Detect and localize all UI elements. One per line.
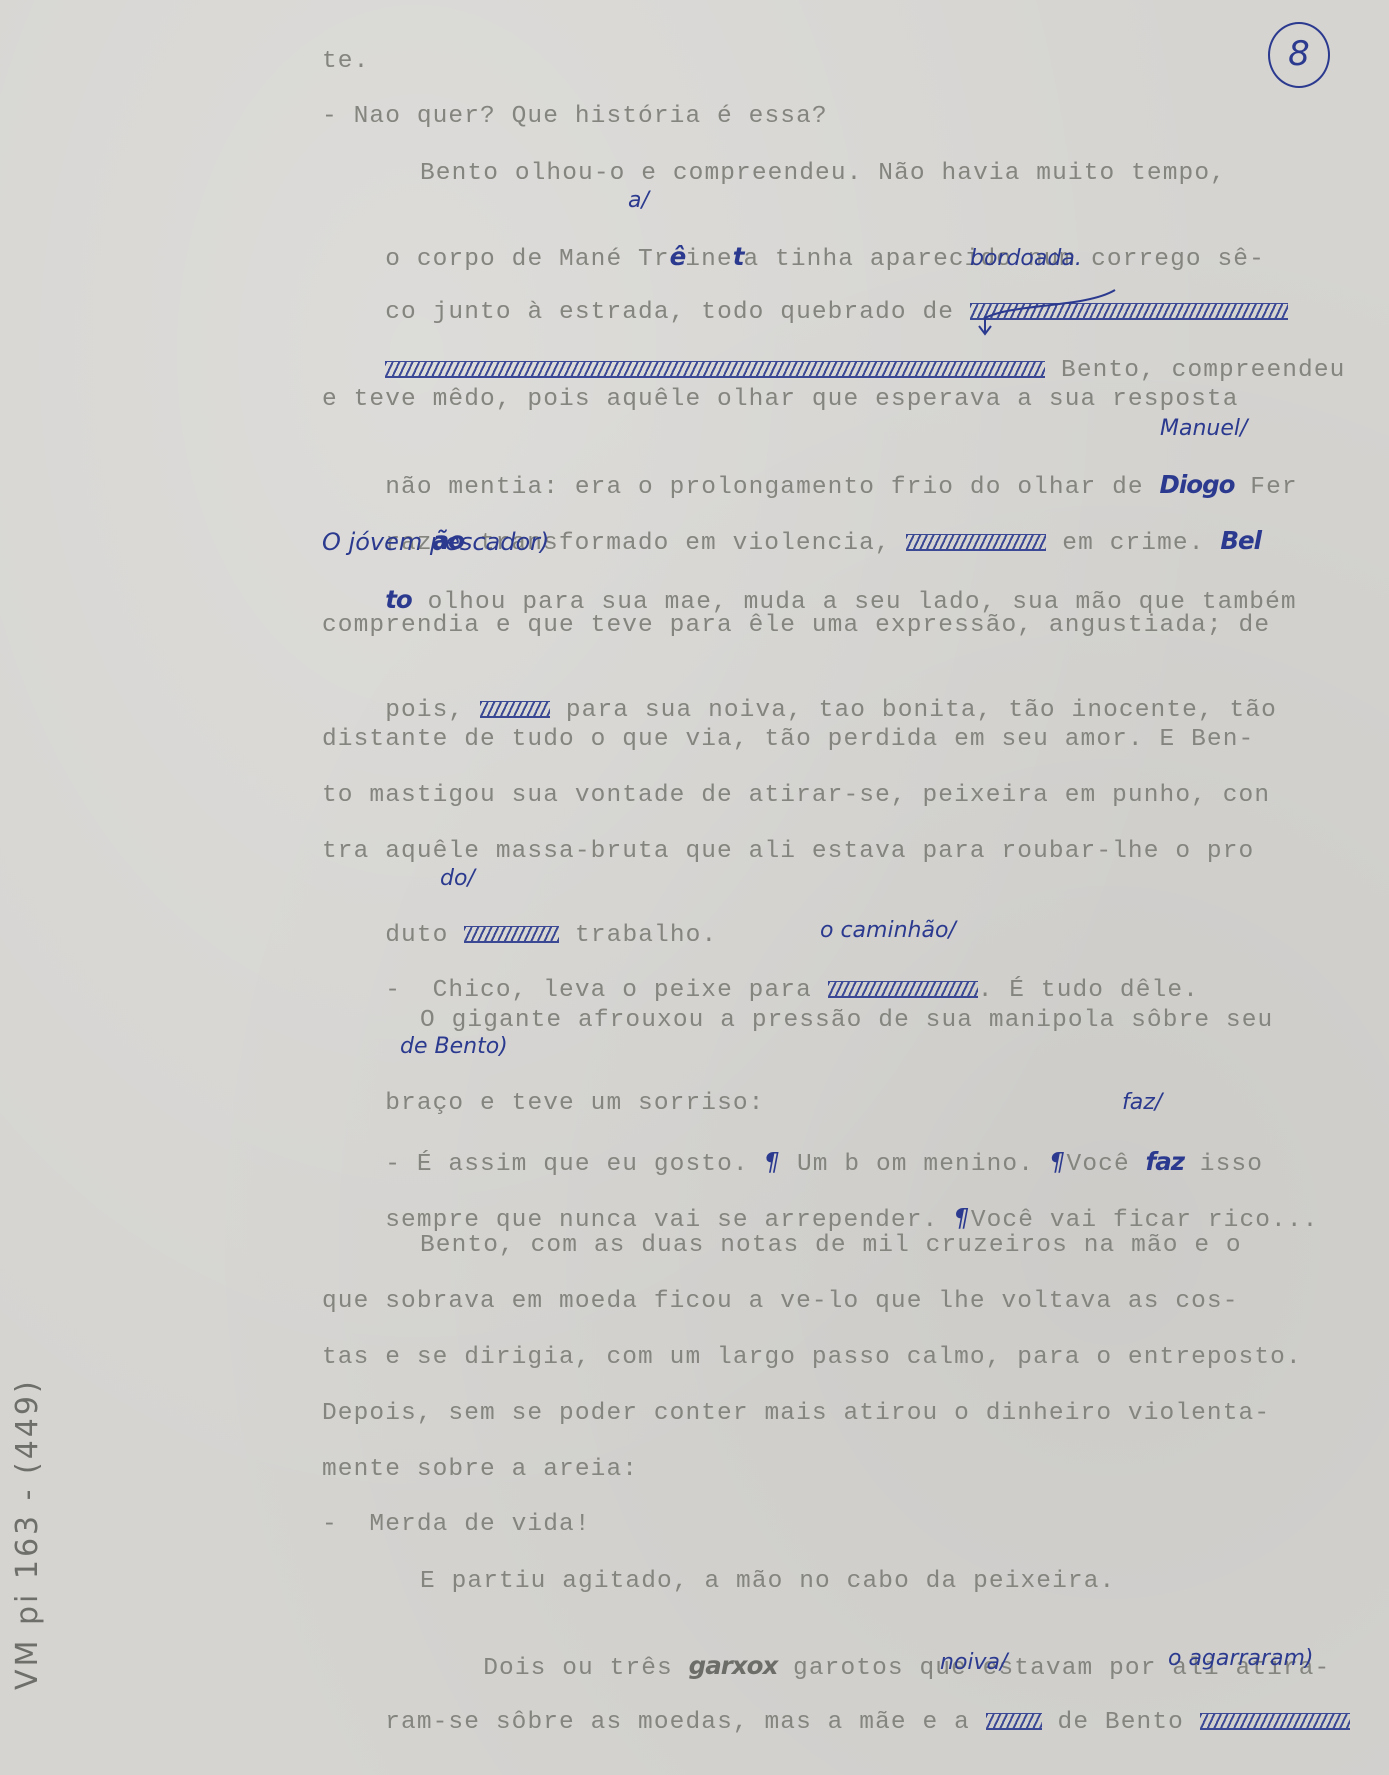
text-line: que sobrava em moeda ficou a ve-lo que l… — [322, 1288, 1239, 1315]
struck-word: Bel — [1220, 526, 1261, 555]
text-line: Bento, com as duas notas de mil cruzeiro… — [420, 1232, 1242, 1259]
scribbled-out-text — [828, 981, 978, 998]
handwritten-insertion: a/ — [628, 188, 649, 213]
scribbled-out-text — [906, 534, 1046, 551]
text-line: to mastigou sua vontade de atirar-se, pe… — [322, 782, 1270, 809]
text-line: Depois, sem se poder conter mais atirou … — [322, 1400, 1270, 1427]
text-line: Bento olhou-o e compreendeu. Não havia m… — [420, 160, 1226, 187]
manuscript-page: 8 VM pi 163 - (449) te. - Nao quer? Que … — [0, 0, 1389, 1775]
struck-word: Diogo — [1160, 470, 1235, 499]
handwritten-insertion: O jóvem pescador) — [322, 528, 549, 556]
struck-word: to — [385, 585, 412, 614]
text-line: mente sobre a areia: — [322, 1456, 638, 1483]
struck-letter: t — [733, 242, 744, 271]
struck-word: garxox — [689, 1651, 778, 1680]
text-line: tas e se dirigia, com um largo passo cal… — [322, 1344, 1302, 1371]
text-line: - Merda de vida! — [322, 1511, 591, 1538]
archive-margin-note: VM pi 163 - (449) — [10, 1378, 45, 1690]
text-line: distante de tudo o que via, tão perdida … — [322, 726, 1254, 753]
handwritten-insertion: de Bento) — [400, 1034, 508, 1059]
paragraph-mark: ¶ — [954, 1203, 971, 1232]
scribbled-out-text — [986, 1713, 1042, 1730]
text-line: O gigante afrouxou a pressão de sua mani… — [420, 1007, 1273, 1034]
scribbled-out-text — [480, 701, 550, 718]
handwritten-insertion: faz/ — [1122, 1090, 1162, 1115]
text-line: te. — [322, 48, 369, 75]
text-line: comprendia e que teve para êle uma expre… — [322, 612, 1270, 639]
scribbled-out-text — [385, 361, 1045, 378]
text-line: e teve mêdo, pois aquêle olhar que esper… — [322, 386, 1239, 413]
handwritten-insertion: o caminhão/ — [820, 918, 956, 943]
text-line: E partiu agitado, a mão no cabo da peixe… — [420, 1568, 1115, 1595]
struck-word: faz — [1146, 1147, 1184, 1176]
handwritten-insertion: noiva/ — [940, 1650, 1007, 1675]
page-number-circled: 8 — [1268, 22, 1330, 88]
handwritten-insertion: do/ — [440, 866, 475, 891]
scribbled-out-text — [464, 926, 559, 943]
text-line: - Nao quer? Que história é essa? — [322, 103, 828, 130]
paragraph-mark: ¶ — [1050, 1147, 1067, 1176]
handwritten-insertion: bordoada. — [970, 246, 1082, 271]
text-line: tra aquêle massa-bruta que ali estava pa… — [322, 838, 1254, 865]
struck-letter: ê — [670, 242, 686, 271]
handwritten-insertion: o agarraram) — [1168, 1646, 1314, 1671]
paragraph-mark: ¶ — [764, 1147, 781, 1176]
text-line: ram-se sôbre as moedas, mas a mãe e a de… — [322, 1682, 1350, 1763]
handwritten-insertion: Manuel/ — [1160, 416, 1247, 441]
scribbled-out-text — [1200, 1713, 1350, 1730]
